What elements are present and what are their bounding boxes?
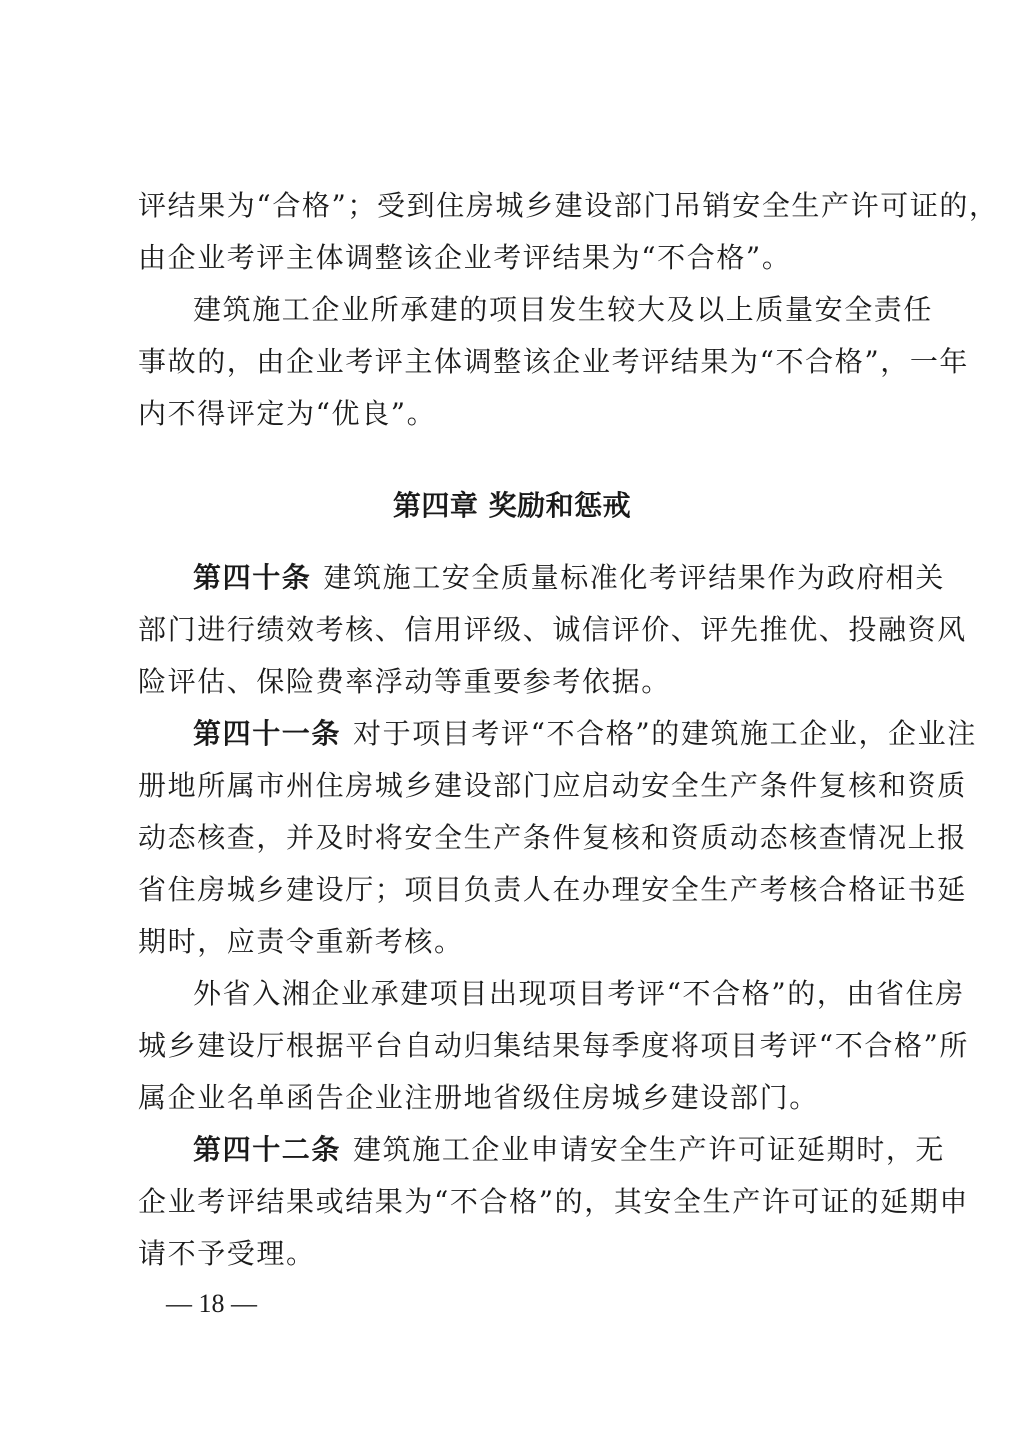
- text-span: 对于项目考评“不合格”的建筑施工企业，企业注: [353, 717, 977, 750]
- chapter-title: 第四章 奖励和惩戒: [0, 486, 1024, 526]
- text-line: 外省入湘企业承建项目出现项目考评“不合格”的，由省住房: [193, 974, 888, 1014]
- text-line: 事故的，由企业考评主体调整该企业考评结果为“不合格”，一年: [138, 342, 888, 382]
- text-line: 城乡建设厅根据平台自动归集结果每季度将项目考评“不合格”所: [138, 1026, 888, 1066]
- text-line: 内不得评定为“优良”。: [138, 394, 888, 434]
- article-label: 第四十二条: [193, 1133, 341, 1166]
- text-line: 险评估、保险费率浮动等重要参考依据。: [138, 662, 888, 702]
- text-line: 期时，应责令重新考核。: [138, 922, 888, 962]
- text-line: 省住房城乡建设厅；项目负责人在办理安全生产考核合格证书延: [138, 870, 888, 910]
- text-span: 建筑施工企业申请安全生产许可证延期时，无: [353, 1133, 945, 1166]
- text-line: 册地所属市州住房城乡建设部门应启动安全生产条件复核和资质: [138, 766, 888, 806]
- text-span: 建筑施工安全质量标准化考评结果作为政府相关: [323, 561, 945, 594]
- text-line: 企业考评结果或结果为“不合格”的，其安全生产许可证的延期申: [138, 1182, 888, 1222]
- article-label: 第四十一条: [193, 717, 341, 750]
- text-line: 属企业名单函告企业注册地省级住房城乡建设部门。: [138, 1078, 888, 1118]
- text-line: 由企业考评主体调整该企业考评结果为“不合格”。: [138, 238, 888, 278]
- text-line: 动态核查，并及时将安全生产条件复核和资质动态核查情况上报: [138, 818, 888, 858]
- article-42-first-line: 第四十二条建筑施工企业申请安全生产许可证延期时，无: [193, 1130, 888, 1170]
- text-line: 请不予受理。: [138, 1234, 888, 1274]
- document-page: 评结果为“合格”；受到住房城乡建设部门吊销安全生产许可证的， 由企业考评主体调整…: [0, 0, 1024, 1448]
- page-number: — 18 —: [166, 1286, 257, 1322]
- text-line: 建筑施工企业所承建的项目发生较大及以上质量安全责任: [193, 290, 888, 330]
- article-40-first-line: 第四十条建筑施工安全质量标准化考评结果作为政府相关: [193, 558, 888, 598]
- text-line: 评结果为“合格”；受到住房城乡建设部门吊销安全生产许可证的，: [138, 186, 888, 226]
- article-41-first-line: 第四十一条对于项目考评“不合格”的建筑施工企业，企业注: [193, 714, 888, 754]
- article-label: 第四十条: [193, 561, 311, 594]
- text-line: 部门进行绩效考核、信用评级、诚信评价、评先推优、投融资风: [138, 610, 888, 650]
